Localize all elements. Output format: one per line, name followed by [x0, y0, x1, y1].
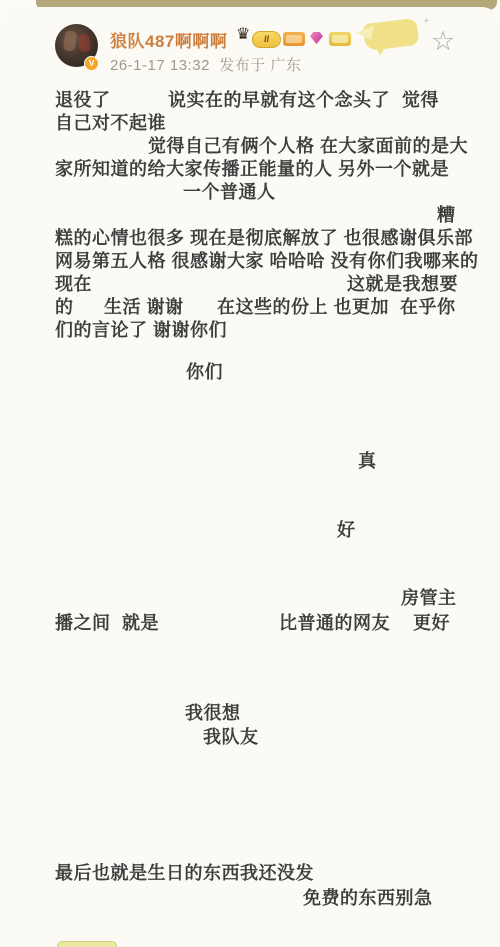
- weibo-post-screenshot: V 狼队487啊啊啊 ♛ II + ☆ 26-1-17 13:32 发布于 广东…: [0, 0, 500, 947]
- post-text-fragment: 好: [337, 520, 356, 540]
- post-text-fragment: 比普通的网友: [279, 613, 390, 633]
- attachment-image-cutoff[interactable]: [57, 941, 117, 947]
- post-text-fragment: 糕的心情也很多 现在是彻底解放了 也很感谢俱乐部: [55, 228, 473, 248]
- post-text-fragment: 觉得: [402, 90, 439, 110]
- post-text-fragment: 说实在的早就有这个念头了: [168, 90, 390, 110]
- post-text-fragment: 生活 谢谢: [104, 297, 184, 317]
- post-text-fragment: 你们: [186, 362, 223, 382]
- post-text-fragment: 最后也就是生日的东西我还没发: [55, 863, 314, 883]
- post-text-fragment: 房管主: [401, 588, 457, 608]
- post-text-fragment: 网易第五人格 很感谢大家 哈哈哈 没有你们我哪来的: [55, 251, 479, 271]
- post-text-fragment: 糟: [437, 205, 456, 225]
- post-text-fragment: 觉得自己有俩个人格 在大家面前的是大: [148, 136, 468, 156]
- post-text-fragment: 更好: [413, 613, 450, 633]
- post-text-fragment: 这就是我想要: [347, 274, 458, 294]
- post-text-fragment: 免费的东西别急: [303, 888, 433, 908]
- post-text-fragment: 真: [358, 451, 377, 471]
- post-text-fragment: 自己对不起谁: [55, 113, 166, 133]
- post-text-fragment: 一个普通人: [183, 182, 276, 202]
- post-text-fragment: 在这些的份上 也更加: [217, 297, 389, 317]
- post-text-fragment: 的: [55, 297, 74, 317]
- post-text-fragment: 退役了: [55, 90, 111, 110]
- post-text-fragment: 我很想: [185, 703, 241, 723]
- post-text-fragment: 我队友: [203, 727, 259, 747]
- post-text-fragment: 播之间: [55, 613, 111, 633]
- post-text-fragment: 就是: [122, 613, 159, 633]
- post-card: V 狼队487啊啊啊 ♛ II + ☆ 26-1-17 13:32 发布于 广东…: [0, 7, 500, 947]
- post-text-fragment: 们的言论了 谢谢你们: [55, 320, 227, 340]
- post-text-fragment: 家所知道的给大家传播正能量的人 另外一个就是: [55, 159, 449, 179]
- post-text-fragment: 现在: [55, 274, 92, 294]
- post-text-fragment: 在乎你: [400, 297, 456, 317]
- post-body: 退役了说实在的早就有这个念头了觉得自己对不起谁觉得自己有俩个人格 在大家面前的是…: [0, 7, 500, 947]
